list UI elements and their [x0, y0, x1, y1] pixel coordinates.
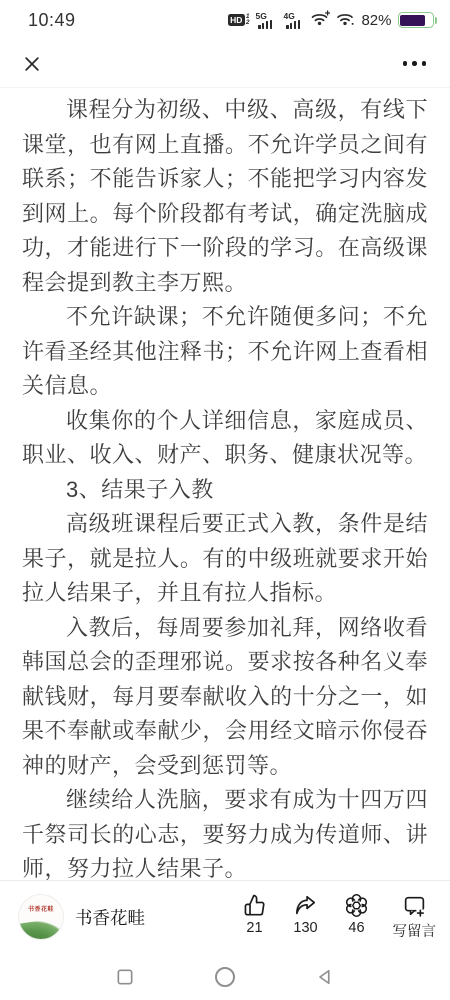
home-button[interactable]	[207, 959, 243, 995]
account-avatar[interactable]: 书香花畦	[18, 894, 64, 940]
recents-square-icon	[115, 967, 135, 987]
avatar-text: 书香花畦	[19, 904, 63, 913]
comment-bubble-icon	[402, 893, 427, 918]
forward-arrow-icon	[293, 893, 318, 918]
close-button[interactable]	[22, 51, 48, 77]
battery-fill	[400, 15, 425, 26]
wow-count: 46	[348, 920, 364, 936]
signal-bars	[286, 20, 299, 29]
wow-flower-icon	[344, 893, 369, 918]
article-paragraph: 继续给人洗脑，要求有成为十四万四千祭司长的心志，要努力成为传道师、讲师，努力拉人…	[22, 783, 428, 880]
ellipsis-dot	[403, 61, 408, 66]
battery-percent-label: 82%	[361, 12, 391, 29]
article-paragraph: 3、结果子入教	[22, 473, 428, 508]
status-bar: 10:49 HD 1 2 5G 4G	[0, 0, 450, 40]
article-paragraph: 课程分为初级、中级、高级，有线下课堂，也有网上直播。不允许学员之间有联系；不能告…	[22, 93, 428, 300]
like-button[interactable]: 21	[240, 893, 270, 936]
article-paragraph: 不允许缺课；不允许随便多问；不允许看圣经其他注释书；不允许网上查看相关信息。	[22, 300, 428, 404]
clock-label: 10:49	[28, 10, 76, 31]
article-paragraph: 入教后，每周要参加礼拜，网络收看韩国总会的歪理邪说。要求按各种名义奉献钱财，每月…	[22, 611, 428, 784]
share-button[interactable]: 130	[291, 893, 321, 936]
signal-bars	[258, 20, 271, 29]
comment-label: 写留言	[393, 920, 437, 941]
wow-button[interactable]: 46	[342, 893, 372, 936]
wifi-plus-icon	[311, 10, 330, 31]
bottom-toolbar: 书香花畦 书香花畦 21 130	[0, 880, 450, 953]
like-count: 21	[246, 920, 262, 936]
toolbar-actions: 21 130 46	[240, 893, 437, 941]
battery-icon	[398, 12, 438, 28]
hd-badge: HD	[228, 14, 245, 26]
more-button[interactable]	[401, 55, 429, 72]
home-circle-icon	[213, 965, 237, 989]
account-name[interactable]: 书香花畦	[75, 905, 145, 930]
back-triangle-icon	[315, 967, 335, 987]
wifi-icon	[336, 10, 355, 31]
article-paragraph: 高级班课程后要正式入教，条件是结果子，就是拉人。有的中级班就要求开始拉人结果子，…	[22, 507, 428, 611]
comment-button[interactable]: 写留言	[393, 893, 437, 941]
signal-5g-icon: 5G	[255, 12, 277, 29]
phone-screen: 10:49 HD 1 2 5G 4G	[0, 0, 450, 1000]
ellipsis-dot	[422, 61, 427, 66]
close-icon	[22, 54, 42, 74]
ellipsis-dot	[412, 61, 417, 66]
recents-button[interactable]	[107, 959, 143, 995]
thumbs-up-icon	[242, 893, 267, 918]
back-button[interactable]	[307, 959, 343, 995]
navbar	[0, 40, 450, 88]
android-navbar	[0, 953, 450, 1000]
article-body: 课程分为初级、中级、高级，有线下课堂，也有网上直播。不允许学员之间有联系；不能告…	[0, 88, 450, 880]
status-icons: HD 1 2 5G 4G	[228, 10, 437, 31]
share-count: 130	[293, 920, 317, 936]
avatar-foliage-image	[18, 918, 64, 940]
hd-sim2-label: 2	[246, 20, 250, 27]
hd-volte-icon: HD 1 2	[228, 14, 250, 27]
signal-4g-icon: 4G	[283, 12, 305, 29]
article-paragraph: 收集你的个人详细信息，家庭成员、职业、收入、财产、职务、健康状况等。	[22, 404, 428, 473]
